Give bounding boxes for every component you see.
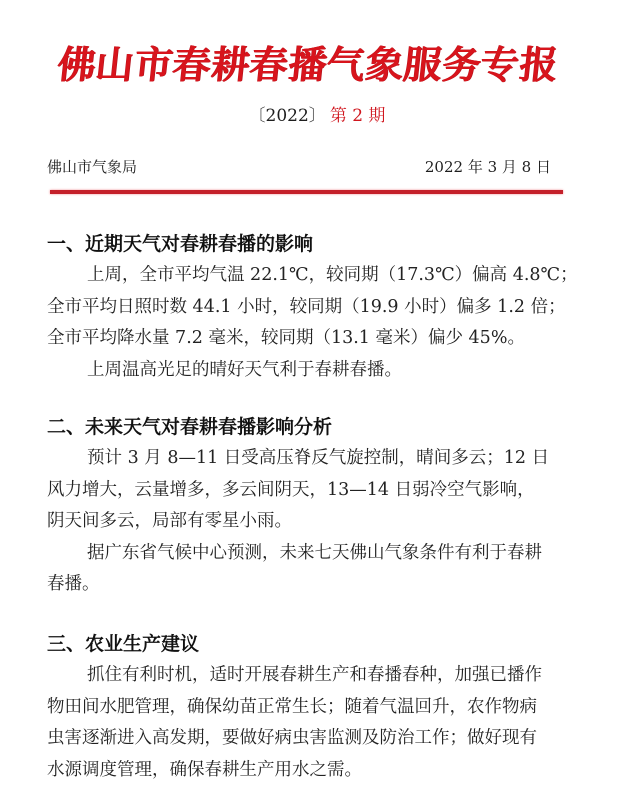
- title-char: 象: [363, 34, 407, 89]
- title-char: 务: [440, 34, 484, 89]
- body-line: 物田间水肥管理，确保幼苗正常生长；随着气温回升，农作物病: [47, 692, 567, 724]
- issue-number: 〔2022〕第 2 期: [0, 105, 634, 127]
- section-body: 预计 3 月 8—11 日受高压脊反气旋控制，晴间多云；12 日 风力增大，云量…: [47, 443, 567, 601]
- header-divider: [50, 190, 563, 194]
- body-line: 虫害逐渐进入高发期，要做好病虫害监测及防治工作；做好现有: [47, 723, 567, 755]
- section-body: 抓住有利时机，适时开展春耕生产和春播春种，加强已播作 物田间水肥管理，确保幼苗正…: [47, 660, 567, 786]
- title-char: 耕: [209, 34, 253, 89]
- body-line: 上周温高光足的晴好天气利于春耕春播。: [47, 355, 567, 387]
- title-char: 佛: [55, 34, 99, 89]
- section-heading: 三、农业生产建议: [47, 629, 567, 660]
- body-line: 水源调度管理，确保春耕生产用水之需。: [47, 755, 567, 787]
- issuer: 佛山市气象局: [47, 156, 137, 178]
- title-char: 报: [517, 34, 561, 89]
- body-line: 风力增大，云量增多，多云间阴天，13—14 日弱冷空气影响，: [47, 475, 567, 507]
- body-line: 预计 3 月 8—11 日受高压脊反气旋控制，晴间多云；12 日: [47, 443, 567, 475]
- title-char: 山: [94, 34, 138, 89]
- title-char: 播: [286, 34, 330, 89]
- section-forecast-analysis: 二、未来天气对春耕春播影响分析 预计 3 月 8—11 日受高压脊反气旋控制，晴…: [47, 412, 567, 601]
- body-line: 春播。: [47, 569, 567, 601]
- body-line: 抓住有利时机，适时开展春耕生产和春播春种，加强已播作: [47, 660, 567, 692]
- document-meta: 佛山市气象局 2022 年 3 月 8 日: [47, 156, 557, 178]
- issue-year: 〔2022〕: [249, 106, 326, 126]
- body-line: 全市平均日照时数 44.1 小时，较同期（19.9 小时）偏多 1.2 倍；: [47, 292, 567, 324]
- section-heading: 二、未来天气对春耕春播影响分析: [47, 412, 567, 443]
- section-body: 上周，全市平均气温 22.1℃，较同期（17.3℃）偏高 4.8℃； 全市平均日…: [47, 260, 567, 386]
- body-line: 据广东省气候中心预测，未来七天佛山气象条件有利于春耕: [47, 538, 567, 570]
- issue-sequence: 第 2 期: [330, 106, 386, 126]
- section-agricultural-advice: 三、农业生产建议 抓住有利时机，适时开展春耕生产和春播春种，加强已播作 物田间水…: [47, 629, 567, 786]
- title-char: 市: [132, 34, 176, 89]
- title-char: 专: [478, 34, 522, 89]
- body-line: 全市平均降水量 7.2 毫米，较同期（13.1 毫米）偏少 45%。: [47, 323, 567, 355]
- issue-date: 2022 年 3 月 8 日: [425, 156, 551, 178]
- section-recent-weather: 一、近期天气对春耕春播的影响 上周，全市平均气温 22.1℃，较同期（17.3℃…: [47, 229, 567, 386]
- document-title: 佛 山 市 春 耕 春 播 气 象 服 务 专 报: [58, 36, 558, 86]
- title-char: 服: [401, 34, 445, 89]
- title-char: 春: [171, 34, 215, 89]
- section-heading: 一、近期天气对春耕春播的影响: [47, 229, 567, 260]
- title-char: 气: [325, 34, 369, 89]
- body-line: 上周，全市平均气温 22.1℃，较同期（17.3℃）偏高 4.8℃；: [47, 260, 567, 292]
- title-char: 春: [248, 34, 292, 89]
- body-line: 阴天间多云，局部有零星小雨。: [47, 506, 567, 538]
